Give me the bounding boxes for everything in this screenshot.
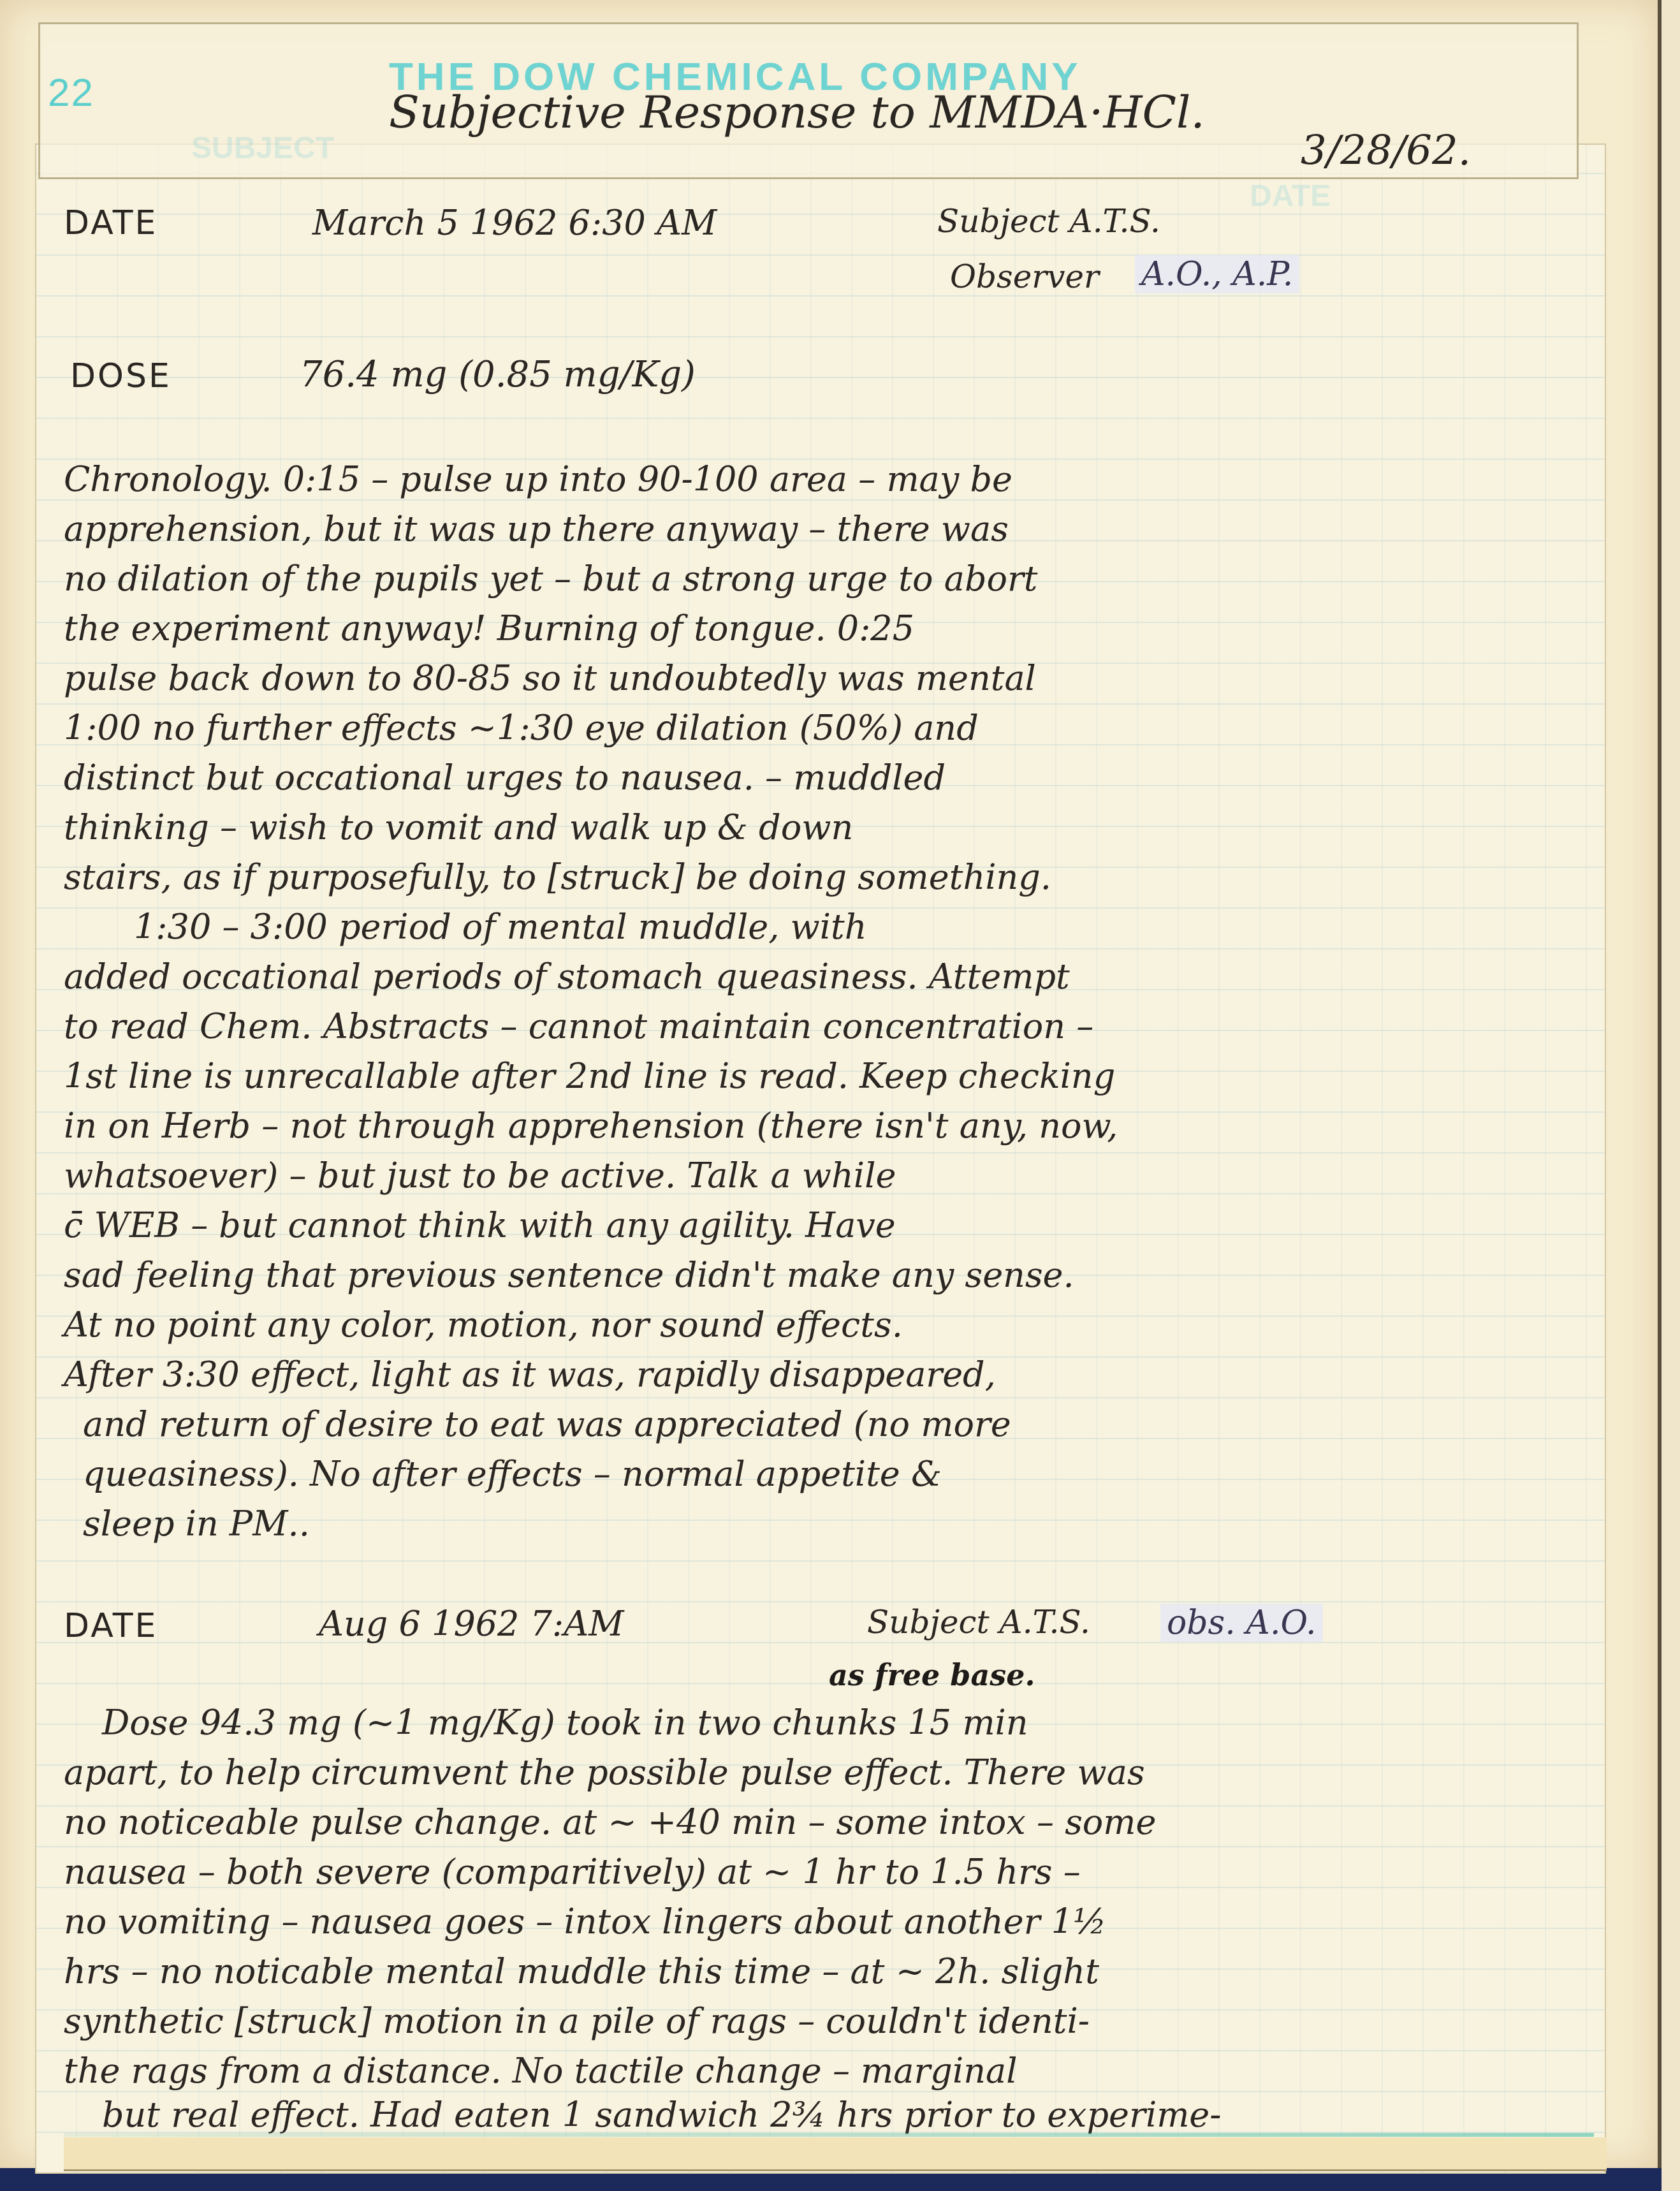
entry1-observer-value: A.O., A.P. bbox=[1135, 255, 1299, 293]
entry2-line: no noticeable pulse change. at ~ +40 min… bbox=[64, 1802, 1157, 1842]
entry1-line: 1:30 – 3:00 period of mental muddle, wit… bbox=[134, 907, 866, 947]
page-title: Subjective Response to MMDA·HCl. bbox=[389, 86, 1205, 138]
entry1-line: After 3:30 effect, light as it was, rapi… bbox=[64, 1354, 996, 1395]
entry1-line: sleep in PM.. bbox=[83, 1504, 310, 1544]
entry1-line: added occational periods of stomach quea… bbox=[64, 956, 1070, 997]
entry1-line: 1st line is unrecallable after 2nd line … bbox=[64, 1056, 1115, 1096]
entry2-line: nausea – both severe (comparitively) at … bbox=[64, 1852, 1081, 1892]
bottom-margin bbox=[64, 2137, 1607, 2171]
entry1-line: and return of desire to eat was apprecia… bbox=[83, 1404, 1011, 1444]
entry1-line: pulse back down to 80-85 so it undoubted… bbox=[64, 658, 1036, 698]
entry1-line: the experiment anyway! Burning of tongue… bbox=[64, 608, 914, 649]
entry2-line: the rags from a distance. No tactile cha… bbox=[64, 2051, 1017, 2091]
entry2-line: synthetic [struck] motion in a pile of r… bbox=[64, 2001, 1090, 2041]
entry1-dose-label: DOSE bbox=[70, 357, 172, 395]
entry1-line: queasiness). No after effects – normal a… bbox=[83, 1454, 942, 1494]
entry1-observer-label: Observer bbox=[950, 258, 1099, 295]
entry1-line: c̄ WEB – but cannot think with any agili… bbox=[64, 1205, 896, 1245]
entry1-line: sad feeling that previous sentence didn'… bbox=[64, 1255, 1074, 1295]
entry2-line: apart, to help circumvent the possible p… bbox=[64, 1752, 1145, 1792]
entry2-date-value: Aug 6 1962 7:AM bbox=[319, 1604, 624, 1644]
title-date: 3/28/62. bbox=[1301, 128, 1471, 175]
entry2-line: Dose 94.3 mg (~1 mg/Kg) took in two chun… bbox=[102, 1703, 1028, 1743]
entry2-line: no vomiting – nausea goes – intox linger… bbox=[64, 1902, 1106, 1942]
entry1-line: distinct but occational urges to nausea.… bbox=[64, 758, 946, 798]
entry1-date-label: DATE bbox=[64, 204, 157, 242]
entry1-line: to read Chem. Abstracts – cannot maintai… bbox=[64, 1006, 1093, 1046]
faded-subject-label: SUBJECT bbox=[191, 131, 334, 166]
entry1-line: thinking – wish to vomit and walk up & d… bbox=[64, 807, 853, 847]
entry1-line: apprehension, but it was up there anyway… bbox=[64, 509, 1009, 549]
entry1-line: Chronology. 0:15 – pulse up into 90-100 … bbox=[64, 459, 1012, 499]
free-base-annotation: as free base. bbox=[829, 1658, 1035, 1692]
entry1-date-value: March 5 1962 6:30 AM bbox=[312, 203, 717, 243]
entry2-date-label: DATE bbox=[64, 1607, 157, 1645]
next-page-edge bbox=[1662, 0, 1680, 2191]
entry2-observer: obs. A.O. bbox=[1160, 1604, 1323, 1642]
faded-date-label: DATE bbox=[1250, 179, 1331, 214]
entry2-line: hrs – no noticable mental muddle this ti… bbox=[64, 1951, 1099, 1991]
entry2-subject: Subject A.T.S. bbox=[867, 1604, 1090, 1641]
page-number: 22 bbox=[48, 70, 94, 115]
entry1-subject: Subject A.T.S. bbox=[937, 203, 1160, 240]
entry1-line: 1:00 no further effects ~1:30 eye dilati… bbox=[64, 708, 979, 748]
entry1-line: in on Herb – not through apprehension (t… bbox=[64, 1106, 1118, 1146]
entry1-line: no dilation of the pupils yet – but a st… bbox=[64, 559, 1038, 599]
entry1-line: stairs, as if purposefully, to [struck] … bbox=[64, 857, 1051, 897]
notebook-page: 22 THE DOW CHEMICAL COMPANY SUBJECT DATE… bbox=[0, 0, 1662, 2168]
bottom-rule bbox=[64, 2133, 1594, 2137]
entry1-line: At no point any color, motion, nor sound… bbox=[64, 1305, 903, 1345]
entry1-line: whatsoever) – but just to be active. Tal… bbox=[64, 1155, 896, 1196]
entry2-line: but real effect. Had eaten 1 sandwich 2¾… bbox=[102, 2095, 1222, 2135]
entry1-dose-value: 76.4 mg (0.85 mg/Kg) bbox=[300, 354, 696, 395]
